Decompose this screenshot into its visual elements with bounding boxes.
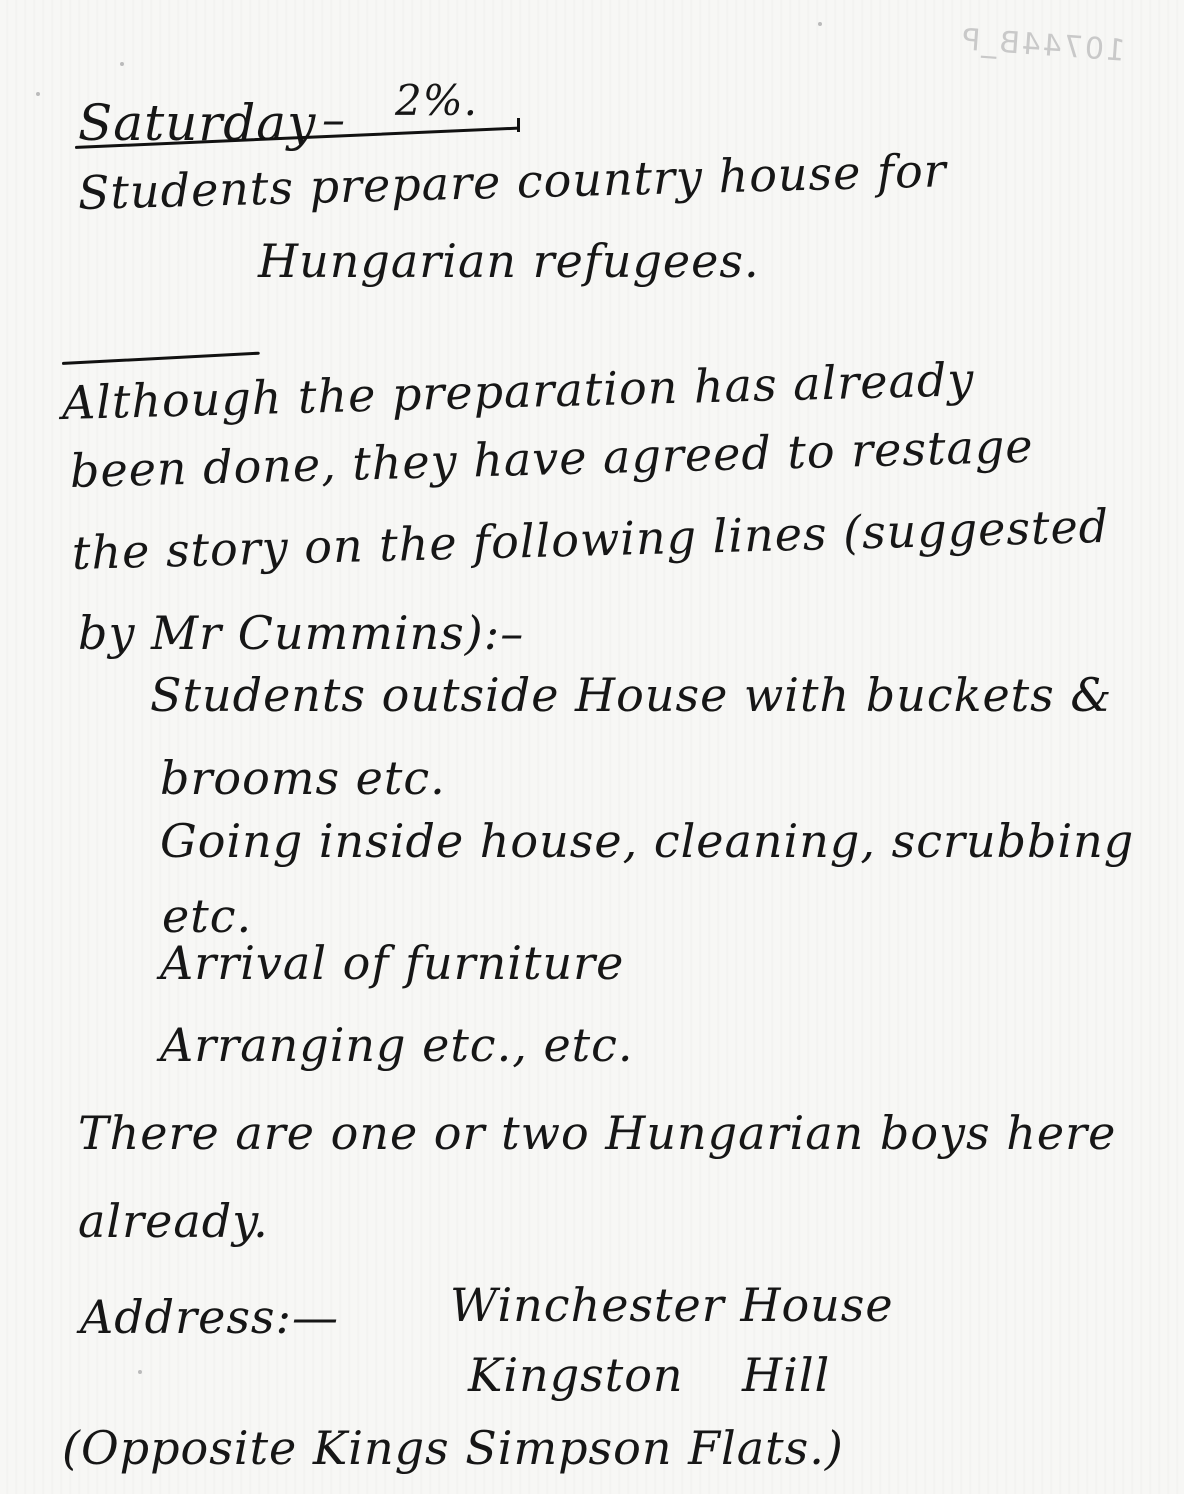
section-separator [62,352,260,365]
shot-list-item-1: Students outside House with buckets & [150,672,1112,718]
paper-speck [120,62,124,66]
address-line-1: Winchester House [450,1282,894,1328]
body-line-2: been done, they have agreed to restage [69,423,1034,494]
paper-speck [818,22,822,26]
shot-list-item-2: Going inside house, cleaning, scrubbing [160,818,1134,864]
closing-line-2: already. [78,1198,269,1244]
address-label: Address:— [80,1294,339,1340]
body-line-3: the story on the following lines (sugges… [71,503,1109,576]
paper-speck [36,92,40,96]
shot-list-item-4: Arranging etc., etc. [160,1022,634,1068]
handwritten-note-page: 10744B_P Saturday – 2%. Students prepare… [0,0,1184,1494]
header-code: 2%. [395,80,478,122]
body-line-1: Although the preparation has already [61,356,974,426]
header-underline-tick [517,118,520,132]
reference-stamp: 10744B_P [959,22,1126,68]
address-line-2-right: Hill [742,1352,830,1398]
address-note: (Opposite Kings Simpson Flats.) [62,1425,844,1471]
headline-line-1: Students prepare country house for [77,147,947,216]
paper-speck [138,1370,142,1374]
shot-list-item-3: Arrival of furniture [160,940,624,986]
address-line-2-left: Kingston [468,1352,684,1398]
body-line-4: by Mr Cummins):– [78,610,524,656]
headline-line-2: Hungarian refugees. [258,238,760,284]
shot-list-item-1-cont: brooms etc. [160,755,446,801]
shot-list-item-2-cont: etc. [162,893,252,939]
closing-line-1: There are one or two Hungarian boys here [78,1110,1116,1156]
